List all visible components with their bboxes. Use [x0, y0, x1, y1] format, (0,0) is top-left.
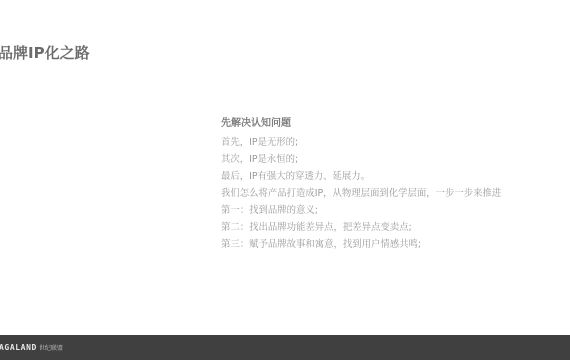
content-line: 第一：找到品牌的意义; — [221, 202, 501, 219]
content-line: 第二：找出品牌功能差异点，把差异点变卖点; — [221, 219, 501, 236]
content-heading: 先解决认知问题 — [221, 117, 501, 131]
content-line: 我们怎么将产品打造成IP，从物理层面到化学层面，一步一步来推进 — [221, 185, 501, 202]
content-line: 首先，IP是无形的; — [221, 134, 501, 151]
content-line: 第三：赋予品牌故事和寓意，找到用户情感共鸣; — [221, 236, 501, 253]
footer-brand-en: AGALAND — [0, 343, 37, 352]
footer-brand-cn: 世纪联盟 — [39, 345, 63, 352]
content-line: 最后，IP有强大的穿透力、延展力。 — [221, 168, 501, 185]
slide-title: 品牌IP化之路 — [0, 44, 90, 62]
footer-logo: AGALAND世纪联盟 — [0, 343, 63, 354]
content-block: 先解决认知问题 首先，IP是无形的; 其次，IP是永恒的; 最后，IP有强大的穿… — [221, 117, 501, 253]
content-line: 其次，IP是永恒的; — [221, 151, 501, 168]
footer-bar: AGALAND世纪联盟 — [0, 335, 570, 360]
